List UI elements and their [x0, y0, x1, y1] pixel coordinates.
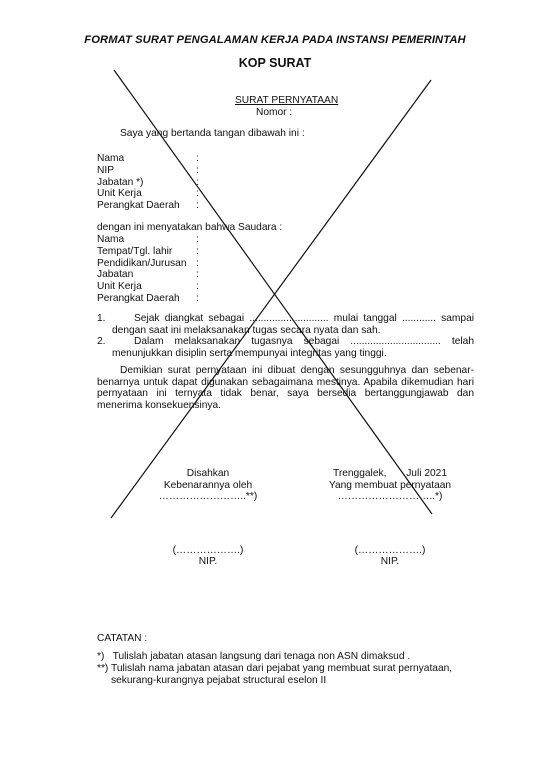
note-item: sekurang-kurangnya pejabat structural es… — [97, 675, 452, 687]
field-row: Unit Kerja: — [97, 188, 297, 200]
signature-name-left: (……………….) — [138, 545, 278, 557]
declaration-text: dengan ini menyatakan bahwa Saudara : — [97, 222, 282, 233]
statement-item: 2. Dalam melaksanakan tugasnya sebagai .… — [97, 336, 474, 359]
statement-number: 2. — [97, 336, 106, 348]
signature-block-right: Trenggalek, Juli 2021 Yang membuat perny… — [320, 468, 460, 568]
statement-text: Dalam melaksanakan tugasnya sebagai ....… — [112, 336, 474, 359]
notes-list: *) Tulislah jabatan atasan langsung dari… — [97, 651, 452, 686]
signer-fields: Nama: NIP: Jabatan *): Unit Kerja: Peran… — [97, 153, 297, 212]
field-row: Jabatan *): — [97, 177, 297, 189]
statement-number: 1. — [97, 313, 106, 325]
field-row: Nama: — [97, 234, 297, 246]
field-label: Unit Kerja — [97, 281, 142, 293]
field-label: Perangkat Daerah — [97, 293, 180, 305]
document-heading: FORMAT SURAT PENGALAMAN KERJA PADA INSTA… — [0, 34, 550, 46]
field-label: Jabatan *) — [97, 177, 143, 189]
signature-name-right: (……………….) — [320, 545, 460, 557]
field-label: Unit Kerja — [97, 188, 142, 200]
signature-nip-right: NIP. — [320, 556, 460, 568]
note-item: *) Tulislah jabatan atasan langsung dari… — [97, 651, 452, 663]
letter-title: SURAT PERNYATAAN — [235, 95, 338, 106]
field-label: Tempat/Tgl. lahir — [97, 246, 172, 258]
statement-list: 1. Sejak diangkat sebagai ..............… — [97, 313, 474, 359]
field-row: Perangkat Daerah: — [97, 293, 297, 305]
field-label: Perangkat Daerah — [97, 200, 180, 212]
field-label: NIP — [97, 165, 114, 177]
field-row: Nama: — [97, 153, 297, 165]
letterhead-placeholder: KOP SURAT — [0, 56, 550, 70]
notes-title: CATATAN : — [97, 633, 147, 644]
field-row: Unit Kerja: — [97, 281, 297, 293]
subject-fields: Nama: Tempat/Tgl. lahir: Pendidikan/Juru… — [97, 234, 297, 305]
intro-text: Saya yang bertanda tangan dibawah ini : — [120, 128, 305, 139]
closing-paragraph: Demikian surat pernyataan ini dibuat den… — [97, 365, 474, 411]
field-row: Perangkat Daerah: — [97, 200, 297, 212]
note-item: **) Tulislah nama jabatan atasan dari pe… — [97, 663, 452, 675]
field-label: Jabatan — [97, 269, 133, 281]
statement-item: 1. Sejak diangkat sebagai ..............… — [97, 313, 474, 336]
statement-text: Sejak diangkat sebagai .................… — [112, 313, 474, 336]
field-row: NIP: — [97, 165, 297, 177]
field-label: Nama — [97, 153, 124, 165]
signature-nip-left: NIP. — [138, 556, 278, 568]
field-label: Pendidikan/Jurusan — [97, 258, 186, 270]
signature-block-left: Disahkan Kebenarannya oleh ……………………..**)… — [138, 468, 278, 568]
field-label: Nama — [97, 234, 124, 246]
field-row: Pendidikan/Jurusan: — [97, 258, 297, 270]
field-row: Jabatan: — [97, 269, 297, 281]
letter-number: Nomor : — [256, 107, 292, 118]
field-row: Tempat/Tgl. lahir: — [97, 246, 297, 258]
